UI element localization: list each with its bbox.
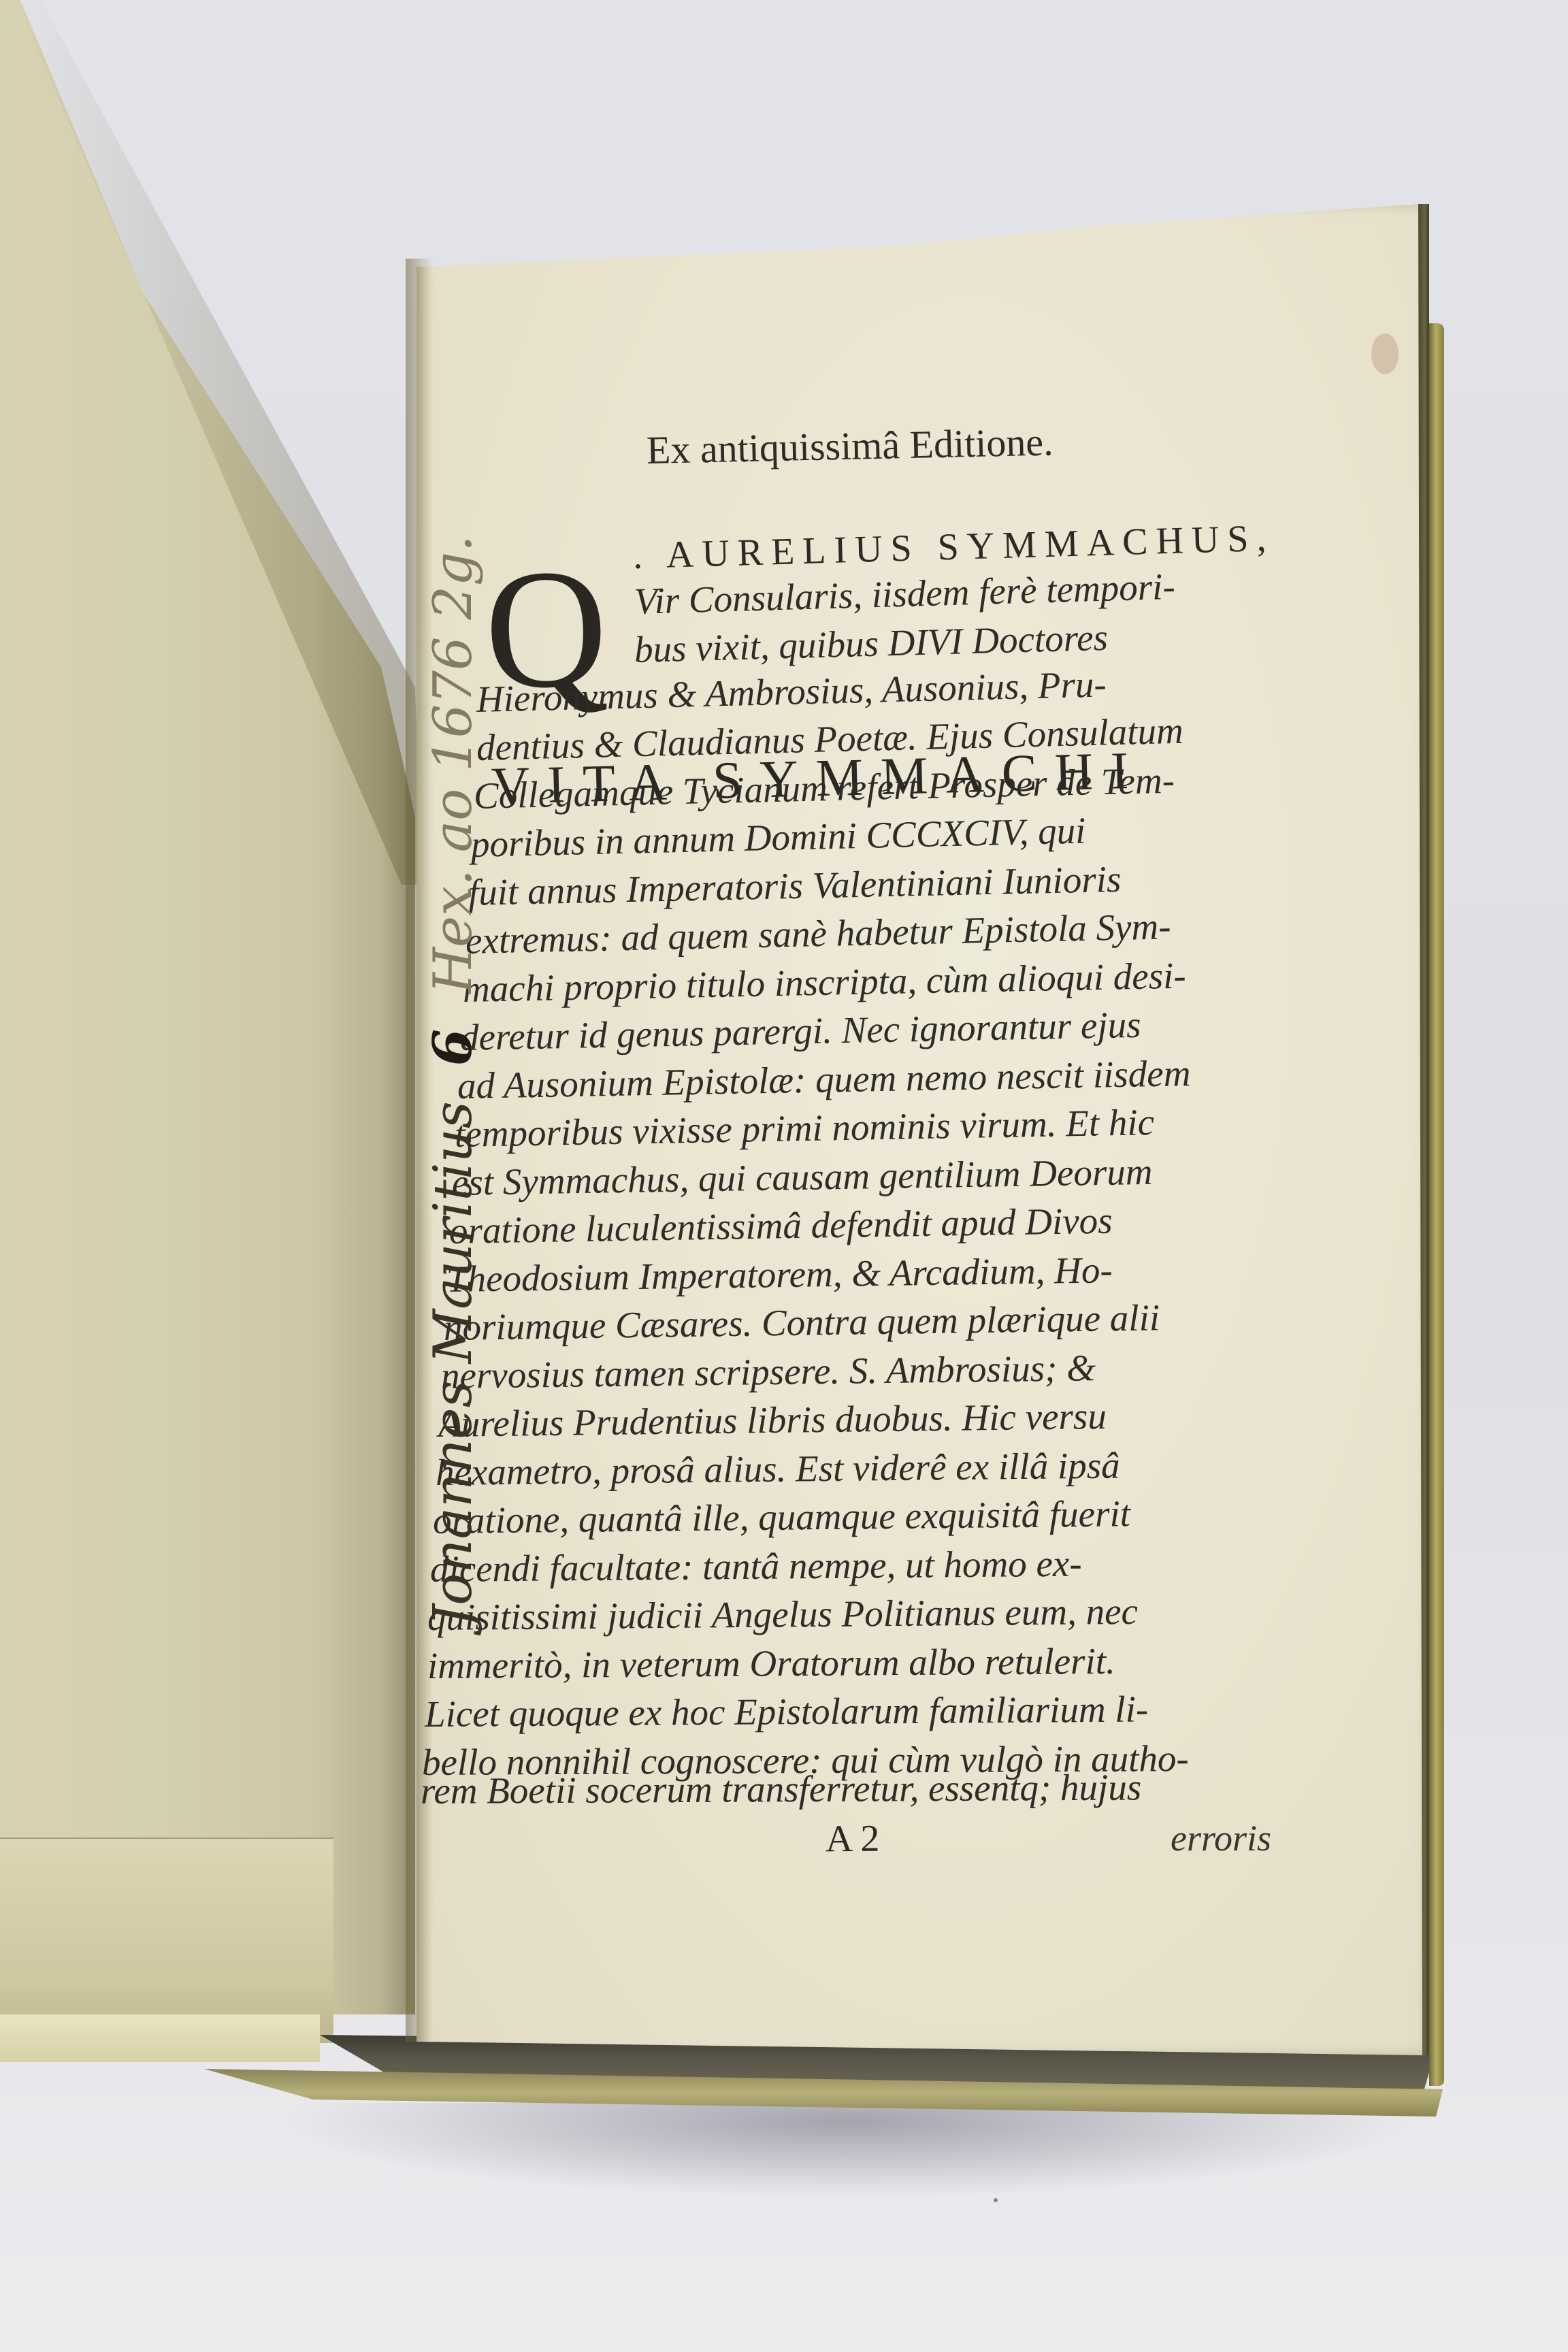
signature-mark: A 2	[826, 1817, 880, 1861]
handwritten-inscription: Jonannes Mauritius 6 Hex. ao 1676 2g.	[422, 535, 484, 1627]
body-line: dicendi facultate: tantâ nempe, ut homo …	[430, 1542, 1082, 1590]
left-page-verso	[0, 0, 415, 2014]
inscription-mark: 6	[422, 1011, 484, 1085]
body-line: rem Boetii socerum transferretur, essent…	[421, 1765, 1141, 1812]
foxing-stain	[994, 2198, 998, 2202]
body-line: quisitissimi judicii Angelus Politianus …	[427, 1590, 1138, 1639]
body-line: Licet quoque ex hoc Epistolarum familiar…	[425, 1688, 1149, 1735]
body-line: immeritò, in veterum Oratorum albo retul…	[427, 1639, 1115, 1687]
body-line: oratione, quantâ ille, quamque exquisitâ…	[433, 1492, 1131, 1542]
body-line: nervosius tamen scripsere. S. Ambrosius;…	[441, 1346, 1096, 1397]
inscription-marks: 2g.	[423, 535, 484, 619]
body-line: hexametro, prosâ alius. Est viderê ex il…	[436, 1443, 1120, 1494]
left-page-bottom-fold	[0, 1837, 333, 2043]
vellum-board-edge	[1429, 323, 1444, 2086]
table-shadow	[286, 2103, 1409, 2198]
inscription-name: Jonannes Mauritius	[423, 1101, 484, 1627]
body-line: Aurelius Prudentius libris duobus. Hic v…	[438, 1394, 1107, 1445]
inscription-ownership: Hex. ao 1676	[423, 636, 484, 994]
left-page-bottom-flap	[0, 2014, 320, 2062]
catchword: erroris	[1171, 1817, 1271, 1859]
foxing-stain	[1371, 333, 1399, 374]
